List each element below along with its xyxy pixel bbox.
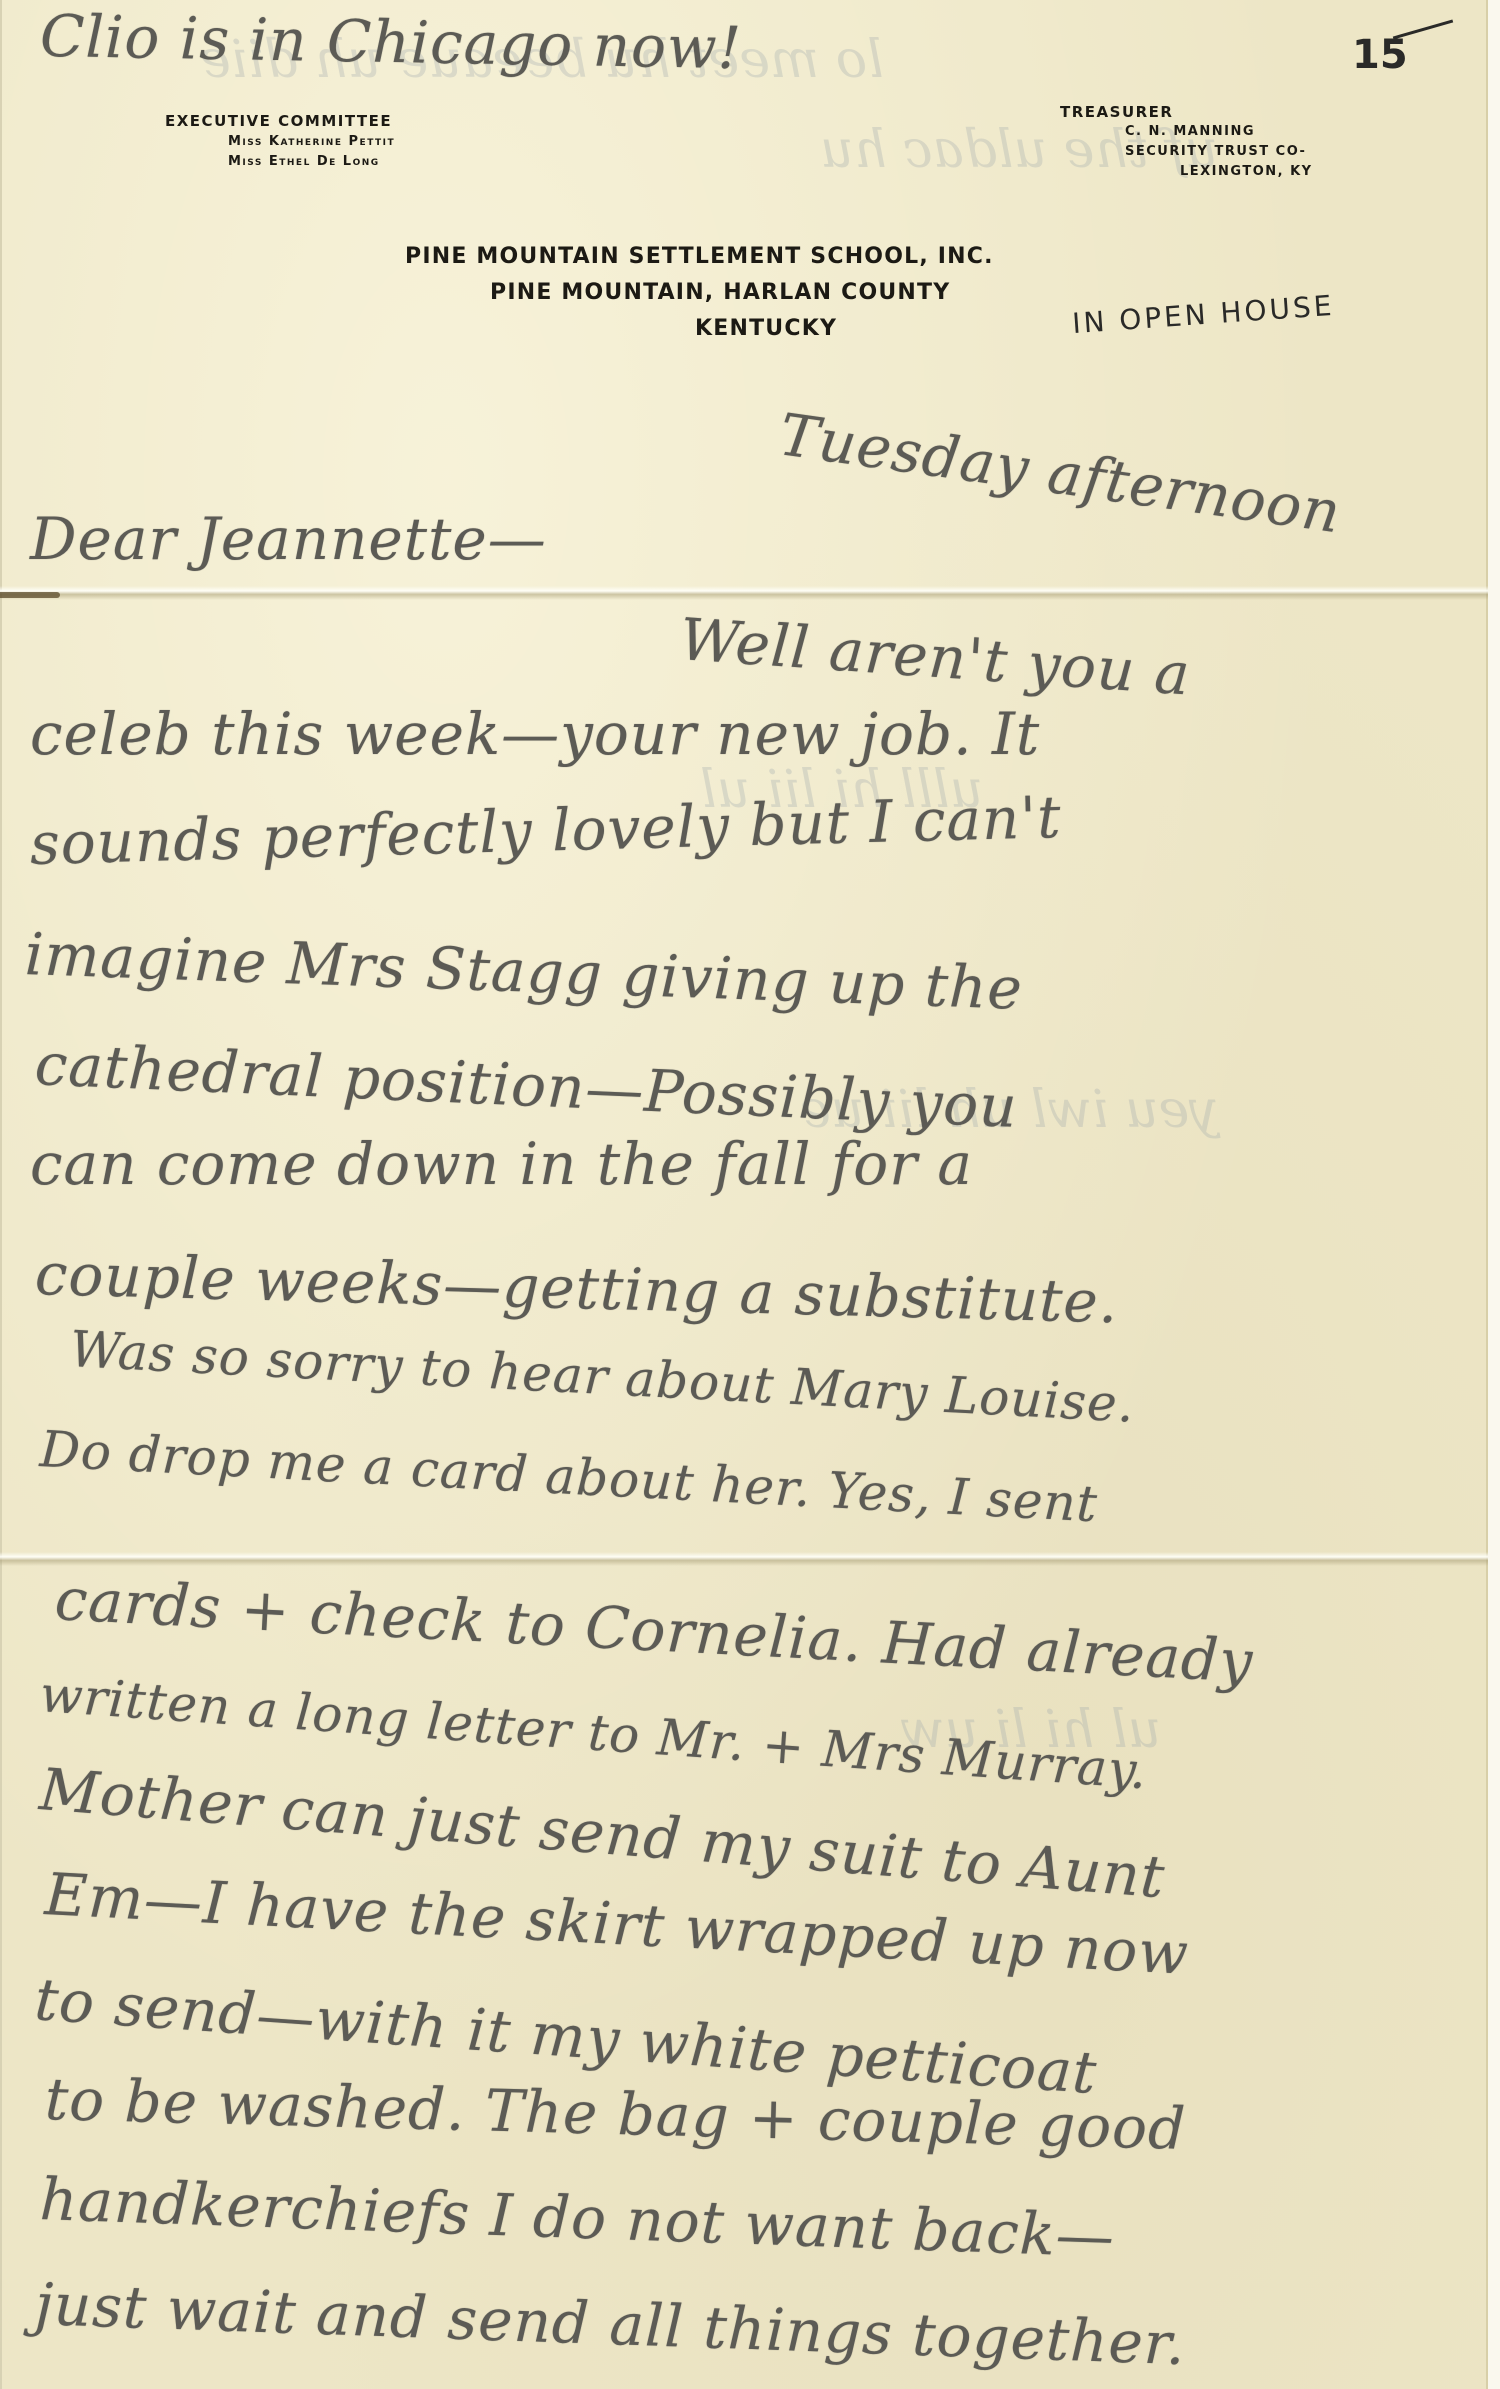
committee-member: Miss Katherine Pettit bbox=[228, 134, 395, 149]
treasurer-bank: SECURITY TRUST CO- bbox=[1125, 144, 1306, 159]
salutation: Dear Jeannette— bbox=[30, 505, 547, 573]
organization-name: PINE MOUNTAIN SETTLEMENT SCHOOL, INC. bbox=[405, 244, 994, 269]
fold-line bbox=[0, 586, 1488, 600]
fold-line bbox=[0, 1552, 1488, 1566]
body-line: can come down in the fall for a bbox=[30, 1130, 973, 1198]
organization-state: KENTUCKY bbox=[695, 316, 837, 341]
treasurer-city: LEXINGTON, KY bbox=[1180, 164, 1313, 179]
treasurer-name: C. N. MANNING bbox=[1125, 124, 1255, 139]
organization-address: PINE MOUNTAIN, HARLAN COUNTY bbox=[490, 280, 950, 305]
executive-committee-title: EXECUTIVE COMMITTEE bbox=[165, 112, 392, 130]
fold-tear bbox=[0, 592, 60, 598]
treasurer-title: TREASURER bbox=[1060, 103, 1173, 121]
scan-margin bbox=[1488, 0, 1500, 2389]
page-number: 15 bbox=[1352, 32, 1408, 78]
committee-member: Miss Ethel De Long bbox=[228, 154, 380, 169]
top-note: Clio is in Chicago now! bbox=[39, 2, 742, 82]
body-line: celeb this week—your new job. It bbox=[30, 700, 1040, 768]
